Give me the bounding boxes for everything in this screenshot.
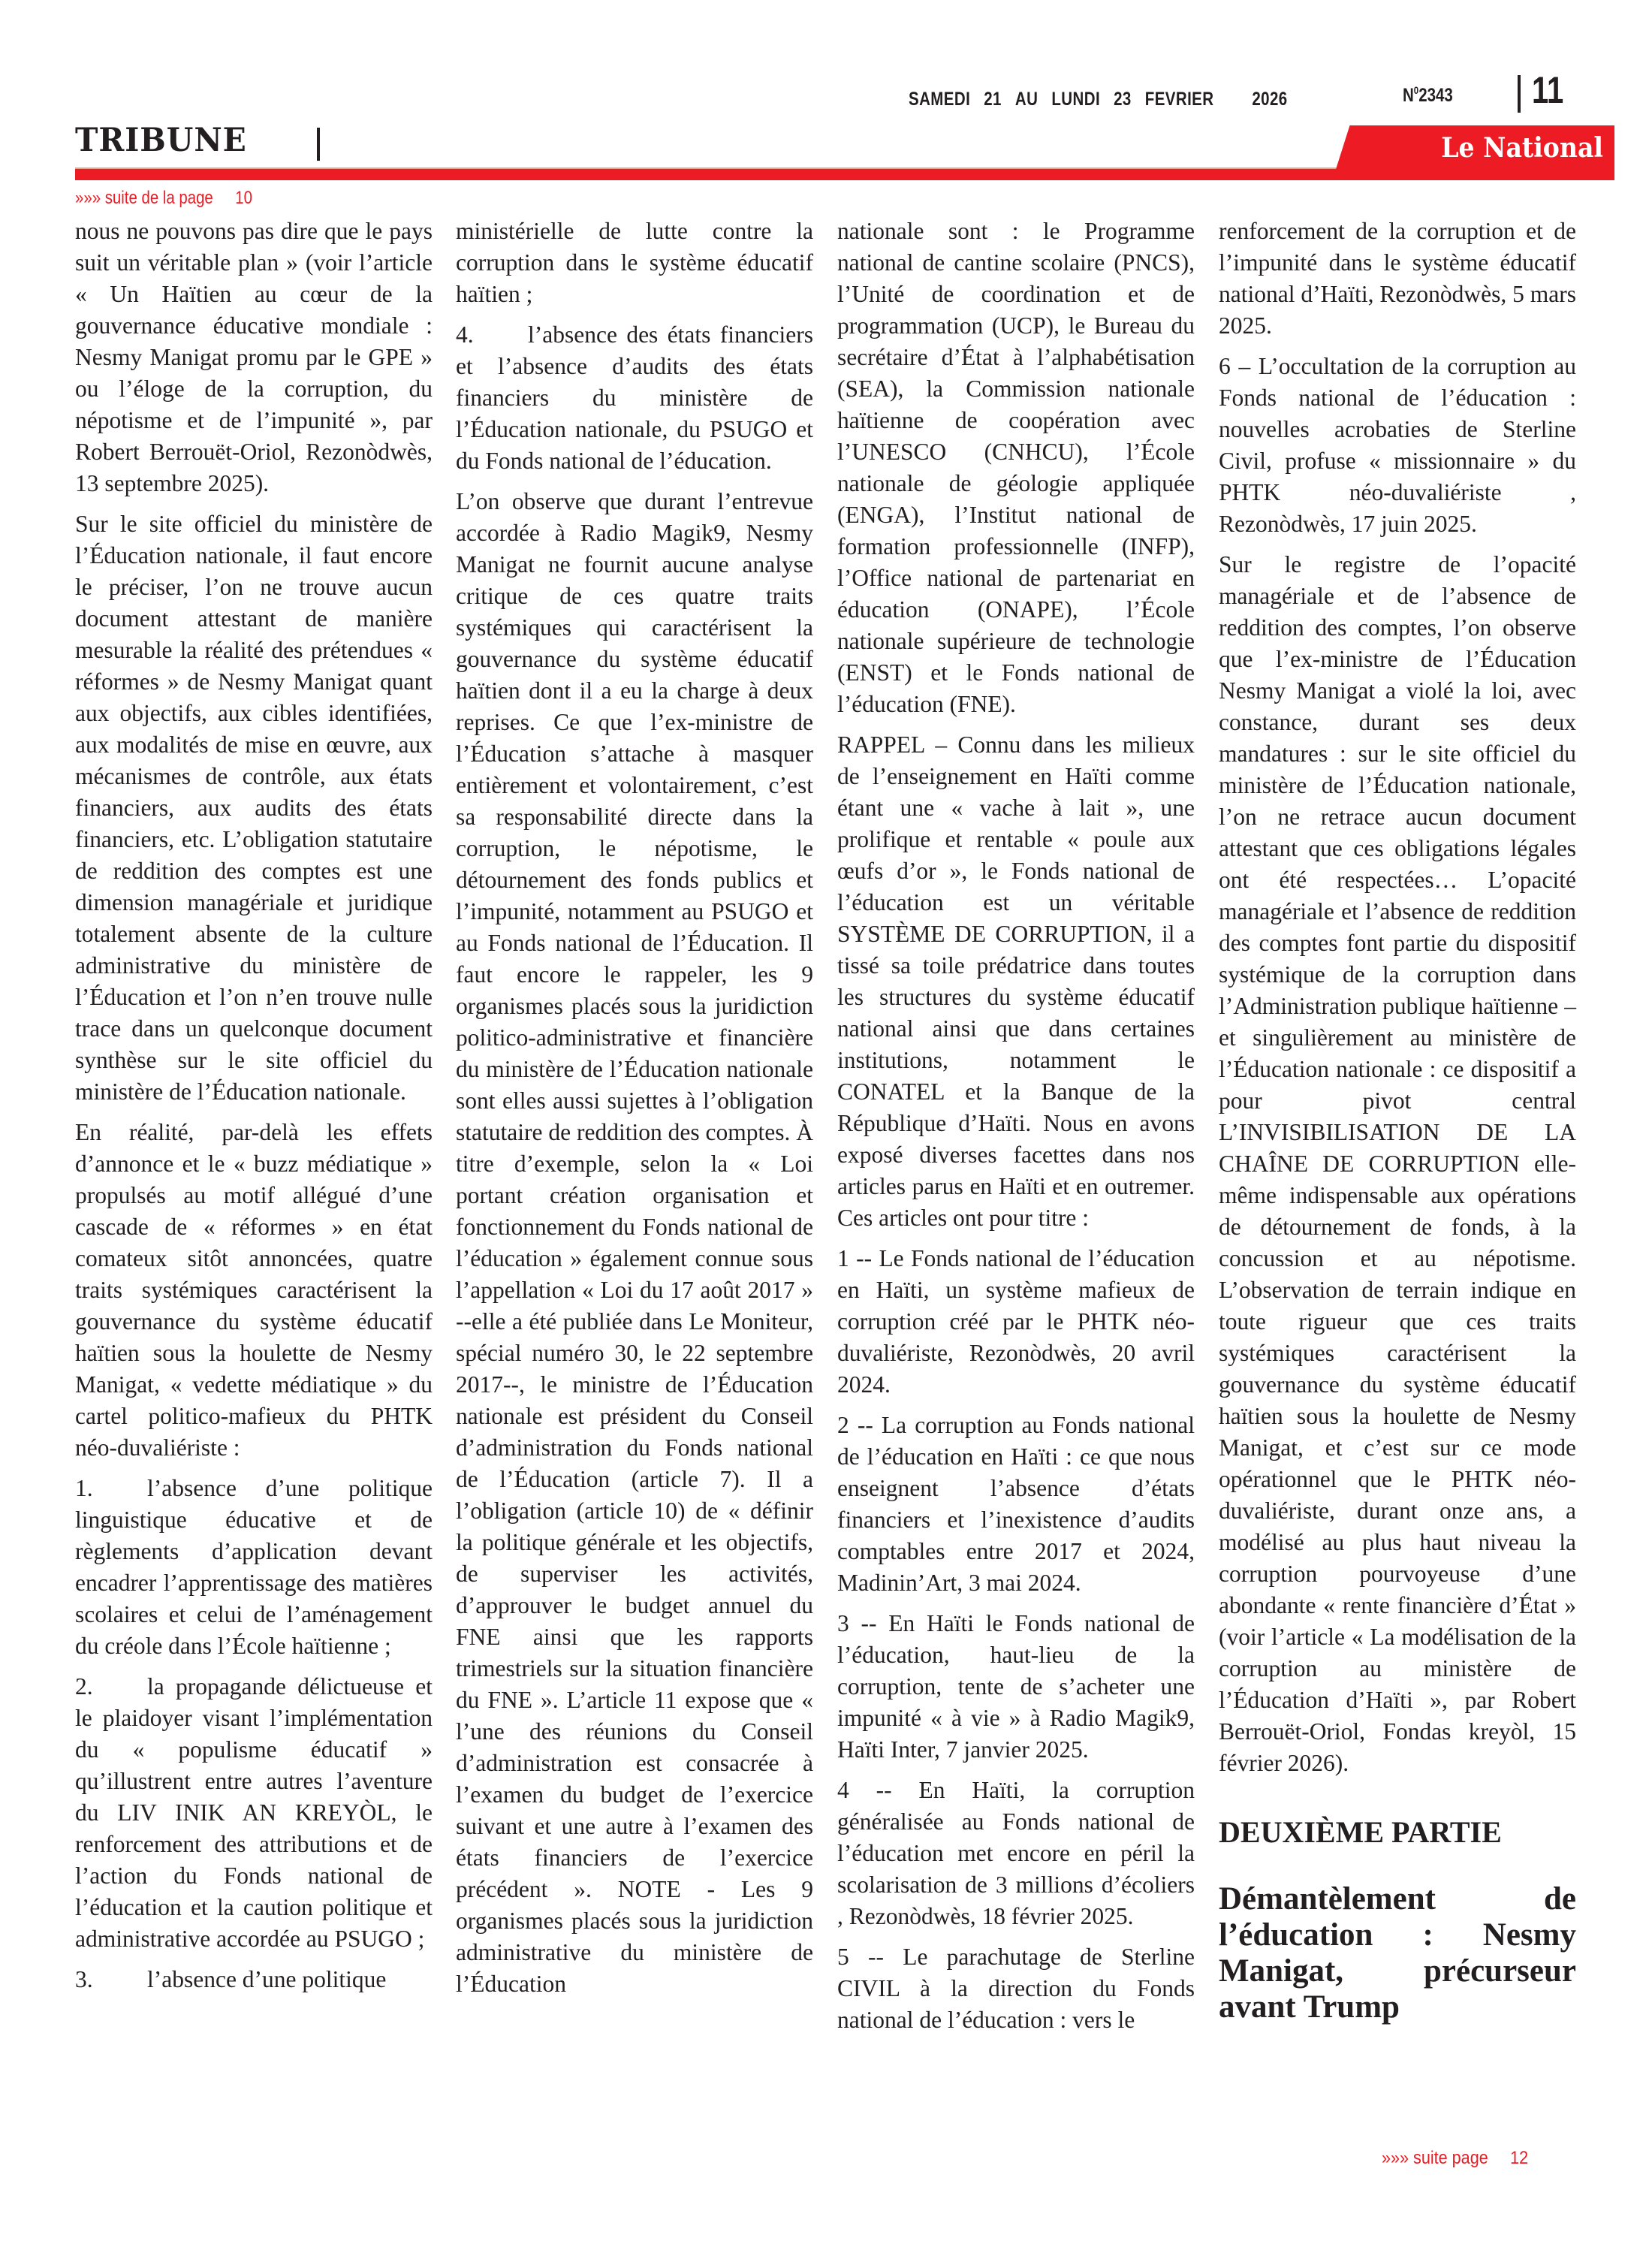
reference-item: 5 -- Le parachutage de Sterline CIVIL à … xyxy=(837,1941,1195,2036)
paragraph: RAPPEL – Connu dans les milieux de l’ens… xyxy=(837,729,1195,1234)
paragraph: ministérielle de lutte contre la corrupt… xyxy=(456,216,813,310)
date-day-name: SAMEDI xyxy=(909,89,970,110)
date-day-start: 21 xyxy=(984,89,1002,110)
date-day-name-end: LUNDI xyxy=(1051,89,1100,110)
paragraph: nationale sont : le Programme national d… xyxy=(837,216,1195,720)
continued-page: 10 xyxy=(235,188,252,208)
paragraph: Sur le registre de l’opacité managériale… xyxy=(1219,549,1576,1779)
paragraph: En réalité, par-delà les effets d’annonc… xyxy=(75,1117,433,1464)
continued-from-link[interactable]: »»» suite de la page 10 xyxy=(75,188,252,209)
date-month: FEVRIER xyxy=(1145,89,1214,110)
paragraph: renforcement de la corruption et de l’im… xyxy=(1219,216,1576,342)
continued-to-link[interactable]: »»» suite page 12 xyxy=(1382,2148,1528,2169)
reference-item: 1 -- Le Fonds national de l’éducation en… xyxy=(837,1243,1195,1401)
date-year: 2026 xyxy=(1252,89,1287,110)
list-item: 1.l’absence d’une politique linguistique… xyxy=(75,1473,433,1662)
list-item-text: la propagande délictueuse et le plaidoye… xyxy=(75,1673,433,1952)
issue-number-value: 2343 xyxy=(1418,85,1453,106)
reference-item: 2 -- La corruption au Fonds national de … xyxy=(837,1410,1195,1599)
issue-date: SAMEDI 21 AU LUNDI 23 FEVRIER 2026 xyxy=(909,84,1401,114)
list-number: 3. xyxy=(75,1964,147,1995)
continued-label: suite page xyxy=(1413,2148,1488,2168)
article-column-4: renforcement de la corruption et de l’im… xyxy=(1219,216,1576,2025)
continued-page: 12 xyxy=(1510,2148,1528,2168)
list-number: 1. xyxy=(75,1473,147,1504)
date-au: AU xyxy=(1015,89,1038,110)
part-heading: DEUXIÈME PARTIE xyxy=(1219,1814,1576,1851)
paragraph: nous ne pouvons pas dire que le pays sui… xyxy=(75,216,433,499)
paragraph: Sur le site officiel du ministère de l’É… xyxy=(75,508,433,1108)
date-day-end: 23 xyxy=(1114,89,1132,110)
article-column-2: ministérielle de lutte contre la corrupt… xyxy=(456,216,813,2009)
article-column-1: nous ne pouvons pas dire que le pays sui… xyxy=(75,216,433,2004)
page-number-divider xyxy=(1518,75,1521,113)
reference-item: 6 – L’occultation de la corruption au Fo… xyxy=(1219,351,1576,540)
article-column-3: nationale sont : le Programme national d… xyxy=(837,216,1195,2045)
list-item: 2.la propagande délictueuse et le plaido… xyxy=(75,1671,433,1955)
list-number: 4. xyxy=(456,319,528,351)
reference-item: 3 -- En Haïti le Fonds national de l’édu… xyxy=(837,1608,1195,1766)
section-title: TRIBUNE xyxy=(75,122,247,159)
page-number: 11 xyxy=(1532,69,1563,111)
issue-number: N02343 xyxy=(1403,84,1453,107)
brand-logo: Le National xyxy=(1396,132,1603,164)
list-item-text: l’absence d’une politique xyxy=(147,1966,386,1992)
subheading: Démantèlement de l’éducation : Nesmy Man… xyxy=(1219,1881,1576,2025)
list-number: 2. xyxy=(75,1671,147,1703)
reference-item: 4 -- En Haïti, la corruption généralisée… xyxy=(837,1775,1195,1932)
continued-arrows-icon: »»» xyxy=(75,188,101,208)
issue-prefix: N xyxy=(1403,85,1414,106)
continued-label: suite de la page xyxy=(105,188,213,208)
continued-arrows-icon: »»» xyxy=(1382,2148,1409,2168)
list-item: 4.l’absence des états financiers et l’ab… xyxy=(456,319,813,477)
paragraph: L’on observe que durant l’entrevue accor… xyxy=(456,486,813,2000)
list-item: 3.l’absence d’une politique xyxy=(75,1964,433,1995)
section-divider xyxy=(317,128,320,161)
